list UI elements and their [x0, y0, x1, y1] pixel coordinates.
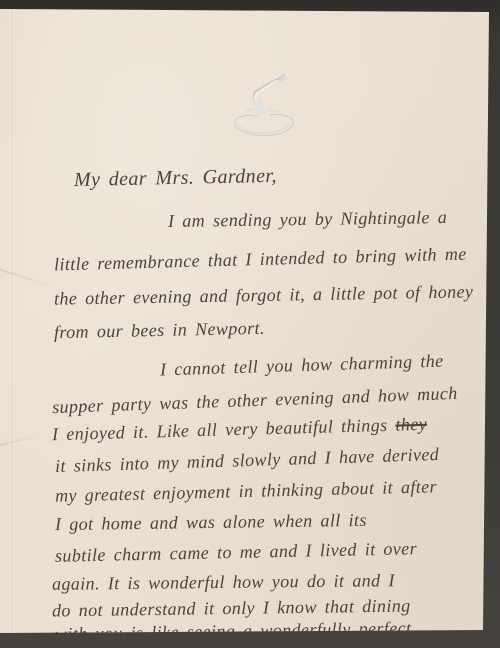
letter-line: do not understand it only I know that di… [52, 595, 411, 621]
letter-line: it sinks into my mind slowly and I have … [55, 444, 440, 477]
salutation: My dear Mrs. Gardner, [74, 165, 277, 192]
letter-line: my greatest enjoyment in thinking about … [55, 476, 437, 506]
letter-line: the other evening and forgot it, a littl… [54, 281, 474, 309]
letter-line: little remembrance that I intended to br… [54, 244, 467, 276]
letter-line: from our bees in Newport. [54, 318, 265, 343]
letter-line: with you is like seeing a wonderfully pe… [55, 618, 412, 645]
letter-line: I got home and was alone when all its [55, 510, 367, 535]
letter-body: My dear Mrs. Gardner, I am sending you b… [0, 9, 490, 633]
letter-line: supper party was the other evening and h… [52, 383, 458, 418]
letter-line: again. It is wonderful how you do it and… [52, 570, 395, 595]
letter-line: I am sending you by Nightingale a [168, 207, 447, 232]
letter-line: subtile charm came to me and I lived it … [55, 538, 417, 567]
letter-page: My dear Mrs. Gardner, I am sending you b… [0, 9, 490, 633]
letter-line: I enjoyed it. Like all very beautiful th… [52, 414, 428, 445]
letter-line: I cannot tell you how charming the [160, 351, 444, 381]
strikethrough-word: they [395, 414, 427, 435]
scan-background: My dear Mrs. Gardner, I am sending you b… [0, 0, 500, 648]
